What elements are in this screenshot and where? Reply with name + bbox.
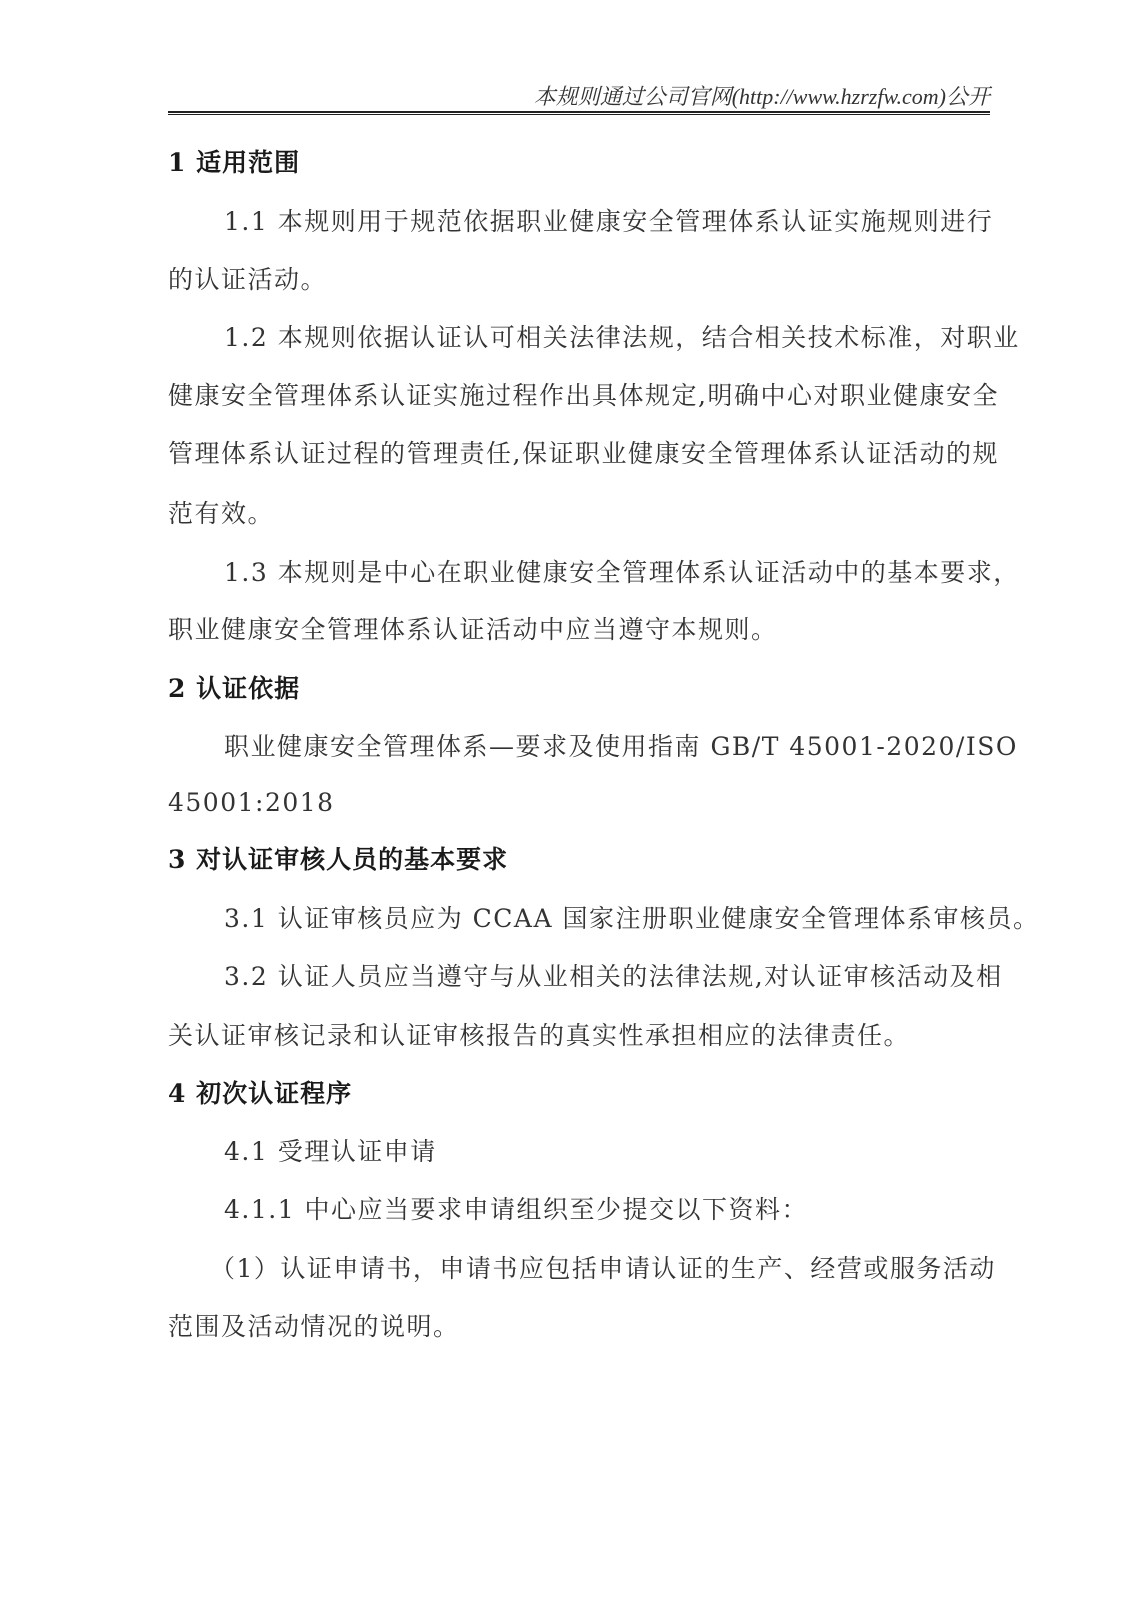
paragraph-1-3-line-2: 职业健康安全管理体系认证活动中应当遵守本规则。 — [168, 615, 778, 645]
paragraph-4-1-1: 4.1.1 中心应当要求申请组织至少提交以下资料： — [224, 1195, 808, 1225]
section-heading-2: 2 认证依据 — [168, 674, 300, 704]
paragraph-1-3-line-1: 1.3 本规则是中心在职业健康安全管理体系认证活动中的基本要求， — [224, 558, 990, 588]
paragraph-3-1: 3.1 认证审核员应为 CCAA 国家注册职业健康安全管理体系审核员。 — [224, 904, 990, 934]
list-item-1-line-1: （1）认证申请书，申请书应包括申请认证的生产、经营或服务活动 — [210, 1254, 990, 1284]
paragraph-3-2-line-1: 3.2 认证人员应当遵守与从业相关的法律法规,对认证审核活动及相 — [224, 962, 990, 992]
paragraph-1-2-line-2: 健康安全管理体系认证实施过程作出具体规定,明确中心对职业健康安全 — [168, 381, 990, 411]
list-item-1-line-2: 范围及活动情况的说明。 — [168, 1312, 460, 1342]
paragraph-1-1-line-2: 的认证活动。 — [168, 265, 327, 295]
subsection-4-1: 4.1 受理认证申请 — [224, 1137, 437, 1167]
paragraph-3-2-line-2: 关认证审核记录和认证审核报告的真实性承担相应的法律责任。 — [168, 1021, 910, 1051]
paragraph-1-1-line-1: 1.1 本规则用于规范依据职业健康安全管理体系认证实施规则进行 — [224, 207, 990, 237]
section-heading-4: 4 初次认证程序 — [168, 1079, 352, 1109]
paragraph-1-2-line-3: 管理体系认证过程的管理责任,保证职业健康安全管理体系认证活动的规 — [168, 439, 990, 469]
section-heading-1: 1 适用范围 — [168, 148, 300, 178]
section-heading-3: 3 对认证审核人员的基本要求 — [168, 845, 508, 875]
paragraph-1-2-line-1: 1.2 本规则依据认证认可相关法律法规，结合相关技术标准，对职业 — [224, 323, 990, 353]
paragraph-2-line-1: 职业健康安全管理体系—要求及使用指南 GB/T 45001-2020/ISO — [224, 732, 990, 762]
page-header-text: 本规则通过公司官网(http://www.hzrzfw.com)公开 — [534, 80, 990, 111]
paragraph-1-2-line-4: 范有效。 — [168, 499, 274, 529]
paragraph-2-line-2: 45001:2018 — [168, 788, 335, 818]
header-divider — [168, 111, 990, 115]
